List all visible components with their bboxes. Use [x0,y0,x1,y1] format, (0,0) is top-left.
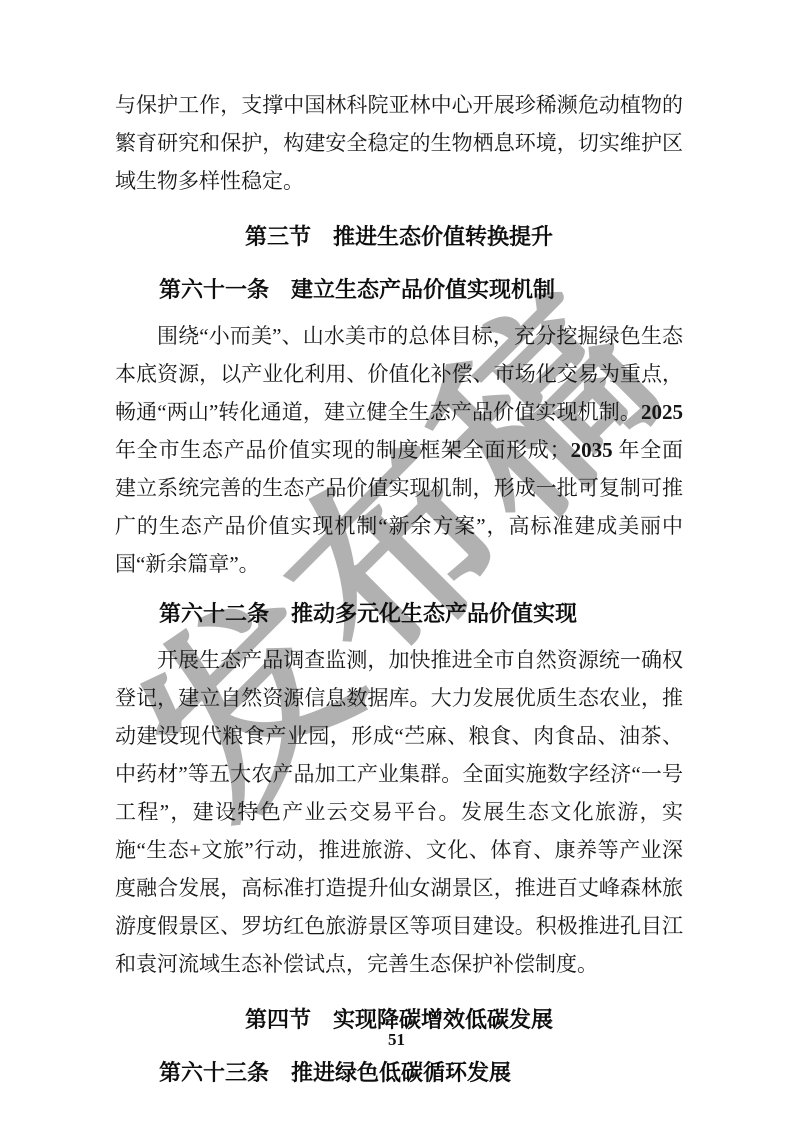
article-heading: 第六十一条 建立生态产品价值实现机制 [115,270,683,310]
section-heading: 第三节 推进生态价值转换提升 [115,217,683,257]
article-heading: 第六十二条 推动多元化生态产品价值实现 [115,594,683,634]
text-run: 年全市生态产品价值实现的制度框架全面形成； [115,438,571,462]
text-run: 第四节 实现降碳增效低碳发展 [245,1007,553,1032]
article-heading: 第六十三条 推进绿色低碳循环发展 [115,1053,683,1093]
body: 围绕“小而美”、山水美市的总体目标，充分挖掘绿色生态本底资源，以产业化利用、价值… [115,317,683,583]
page-number: 51 [388,1030,405,1049]
text-run: 第三节 推进生态价值转换提升 [245,224,553,249]
document-body: 与保护工作，支撑中国林科院亚林中心开展珍稀濒危动植物的繁育研究和保护，构建安全稳… [0,0,793,1093]
text-run: 第六十三条 推进绿色低碳循环发展 [159,1060,511,1085]
document-page: 发布稿 与保护工作，支撑中国林科院亚林中心开展珍稀濒危动植物的繁育研究和保护，构… [0,0,793,1122]
text-run: 第六十一条 建立生态产品价值实现机制 [159,277,555,302]
bold-year-text: 2035 [571,438,613,462]
text-run: 第六十二条 推动多元化生态产品价值实现 [159,601,577,626]
body-continued: 与保护工作，支撑中国林科院亚林中心开展珍稀濒危动植物的繁育研究和保护，构建安全稳… [115,86,683,200]
text-run: 开展生态产品调查监测，加快推进全市自然资源统一确权登记，建立自然资源信息数据库。… [115,648,683,976]
body: 开展生态产品调查监测，加快推进全市自然资源统一确权登记，建立自然资源信息数据库。… [115,641,683,983]
text-run: 围绕“小而美”、山水美市的总体目标，充分挖掘绿色生态本底资源，以产业化利用、价值… [115,324,683,424]
text-run: 与保护工作，支撑中国林科院亚林中心开展珍稀濒危动植物的繁育研究和保护，构建安全稳… [115,93,683,193]
page-footer: 51 [0,1030,793,1050]
bold-year-text: 2025 [641,400,683,424]
